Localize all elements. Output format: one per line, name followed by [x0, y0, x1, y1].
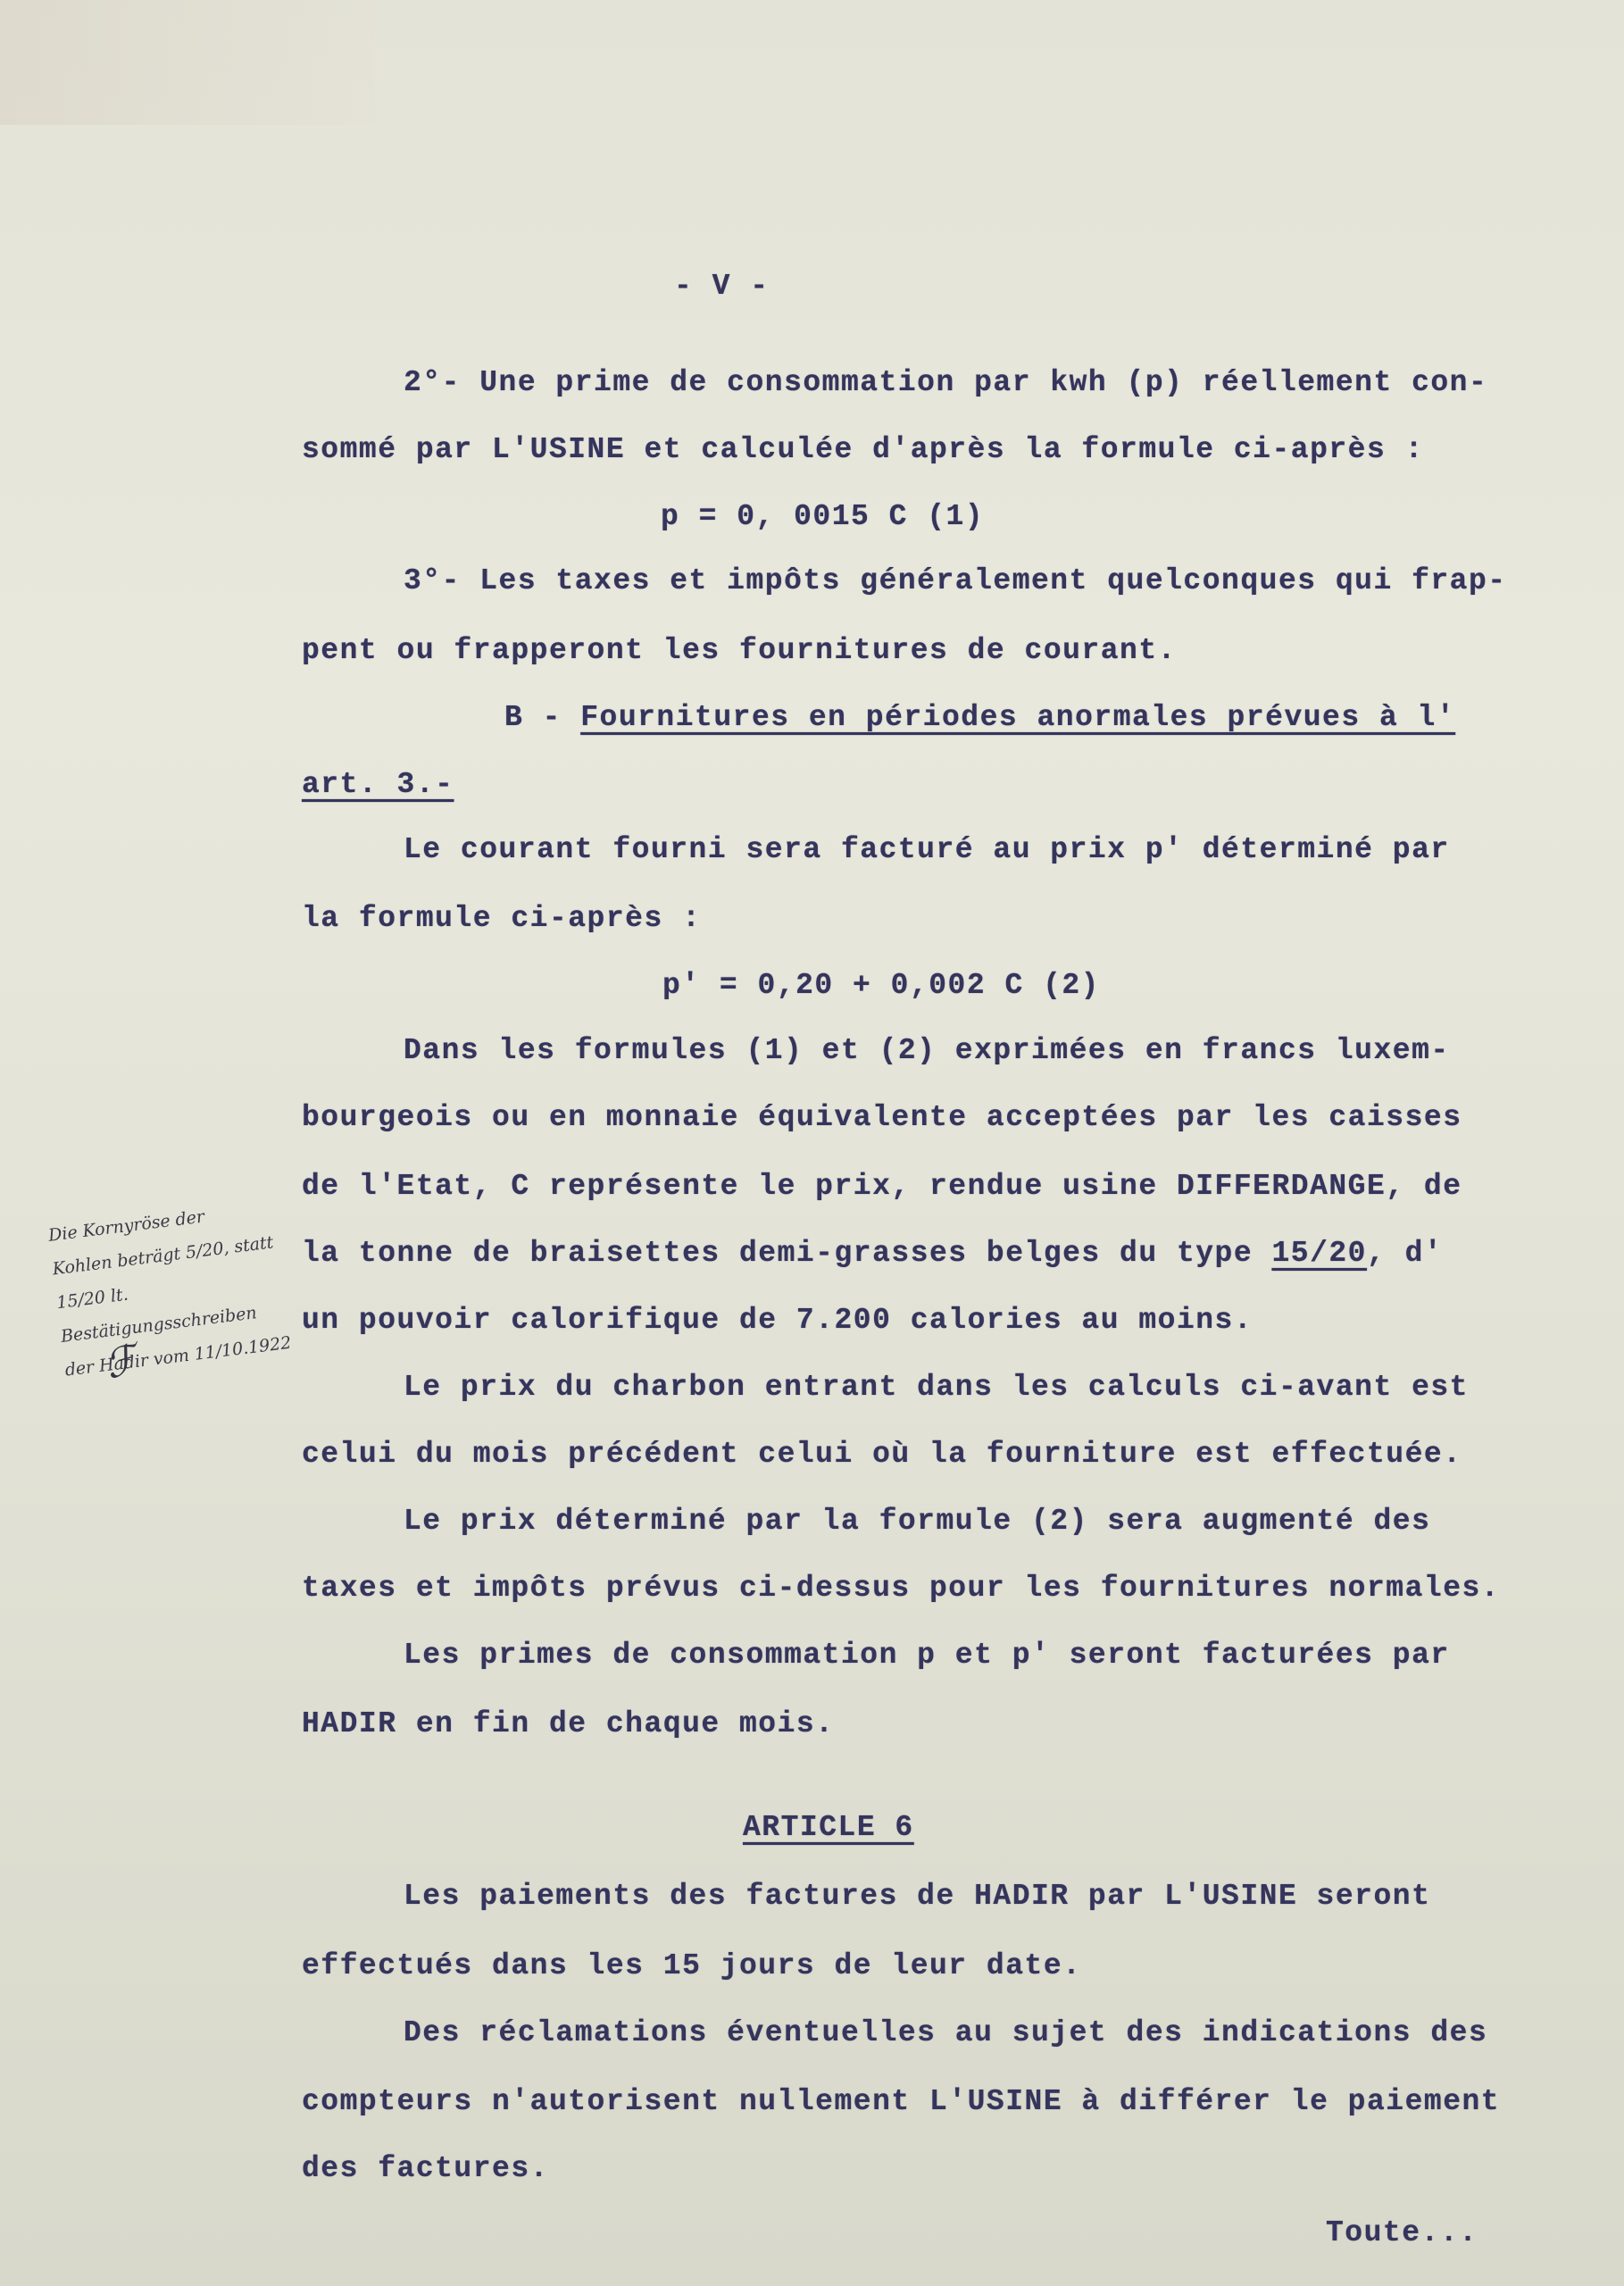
text-line: Des réclamations éventuelles au sujet de…: [404, 2016, 1487, 2049]
text-span: la tonne de braisettes demi-grasses belg…: [302, 1237, 1271, 1270]
text-line: sommé par L'USINE et calculée d'après la…: [302, 433, 1424, 466]
continuation-catchword: Toute...: [1326, 2216, 1478, 2249]
article-heading: ARTICLE 6: [743, 1811, 914, 1844]
text-line: des factures.: [302, 2152, 549, 2185]
text-line: 2°- Une prime de consommation par kwh (p…: [404, 366, 1487, 399]
handwritten-margin-note: Die Kornyröse der Kohlen beträgt 5/20, s…: [46, 1190, 297, 1387]
text-line: la formule ci-après :: [302, 902, 701, 935]
coal-type: 15/20: [1271, 1237, 1367, 1270]
text-line: pent ou frapperont les fournitures de co…: [302, 634, 1177, 667]
text-line: bourgeois ou en monnaie équivalente acce…: [302, 1101, 1462, 1134]
text-line: Le prix du charbon entrant dans les calc…: [404, 1371, 1469, 1404]
section-label: B -: [504, 701, 580, 734]
section-title-cont: art. 3.-: [302, 768, 454, 801]
formula-2: p' = 0,20 + 0,002 C (2): [662, 969, 1100, 1002]
paper-stain: [0, 0, 375, 125]
text-line: Le courant fourni sera facturé au prix p…: [404, 833, 1450, 866]
page-number: - V -: [674, 270, 770, 303]
section-heading-b: B - Fournitures en périodes anormales pr…: [504, 701, 1455, 734]
text-line: compteurs n'autorisent nullement L'USINE…: [302, 2085, 1500, 2118]
formula-1: p = 0, 0015 C (1): [661, 500, 984, 533]
text-line: Les paiements des factures de HADIR par …: [404, 1880, 1430, 1913]
text-line: Les primes de consommation p et p' seron…: [404, 1639, 1450, 1672]
text-line: HADIR en fin de chaque mois.: [302, 1707, 835, 1740]
section-title: Fournitures en périodes anormales prévue…: [580, 701, 1455, 734]
text-line: un pouvoir calorifique de 7.200 calories…: [302, 1304, 1253, 1337]
text-line: celui du mois précédent celui où la four…: [302, 1438, 1462, 1471]
text-line: de l'Etat, C représente le prix, rendue …: [302, 1170, 1462, 1203]
text-line: taxes et impôts prévus ci-dessus pour le…: [302, 1572, 1500, 1605]
text-line: la tonne de braisettes demi-grasses belg…: [302, 1237, 1443, 1270]
text-line: effectués dans les 15 jours de leur date…: [302, 1949, 1081, 1982]
text-line: Le prix déterminé par la formule (2) ser…: [404, 1505, 1430, 1538]
text-line: 3°- Les taxes et impôts généralement que…: [404, 564, 1507, 597]
text-line: Dans les formules (1) et (2) exprimées e…: [404, 1034, 1450, 1067]
text-span: , d': [1367, 1237, 1443, 1270]
